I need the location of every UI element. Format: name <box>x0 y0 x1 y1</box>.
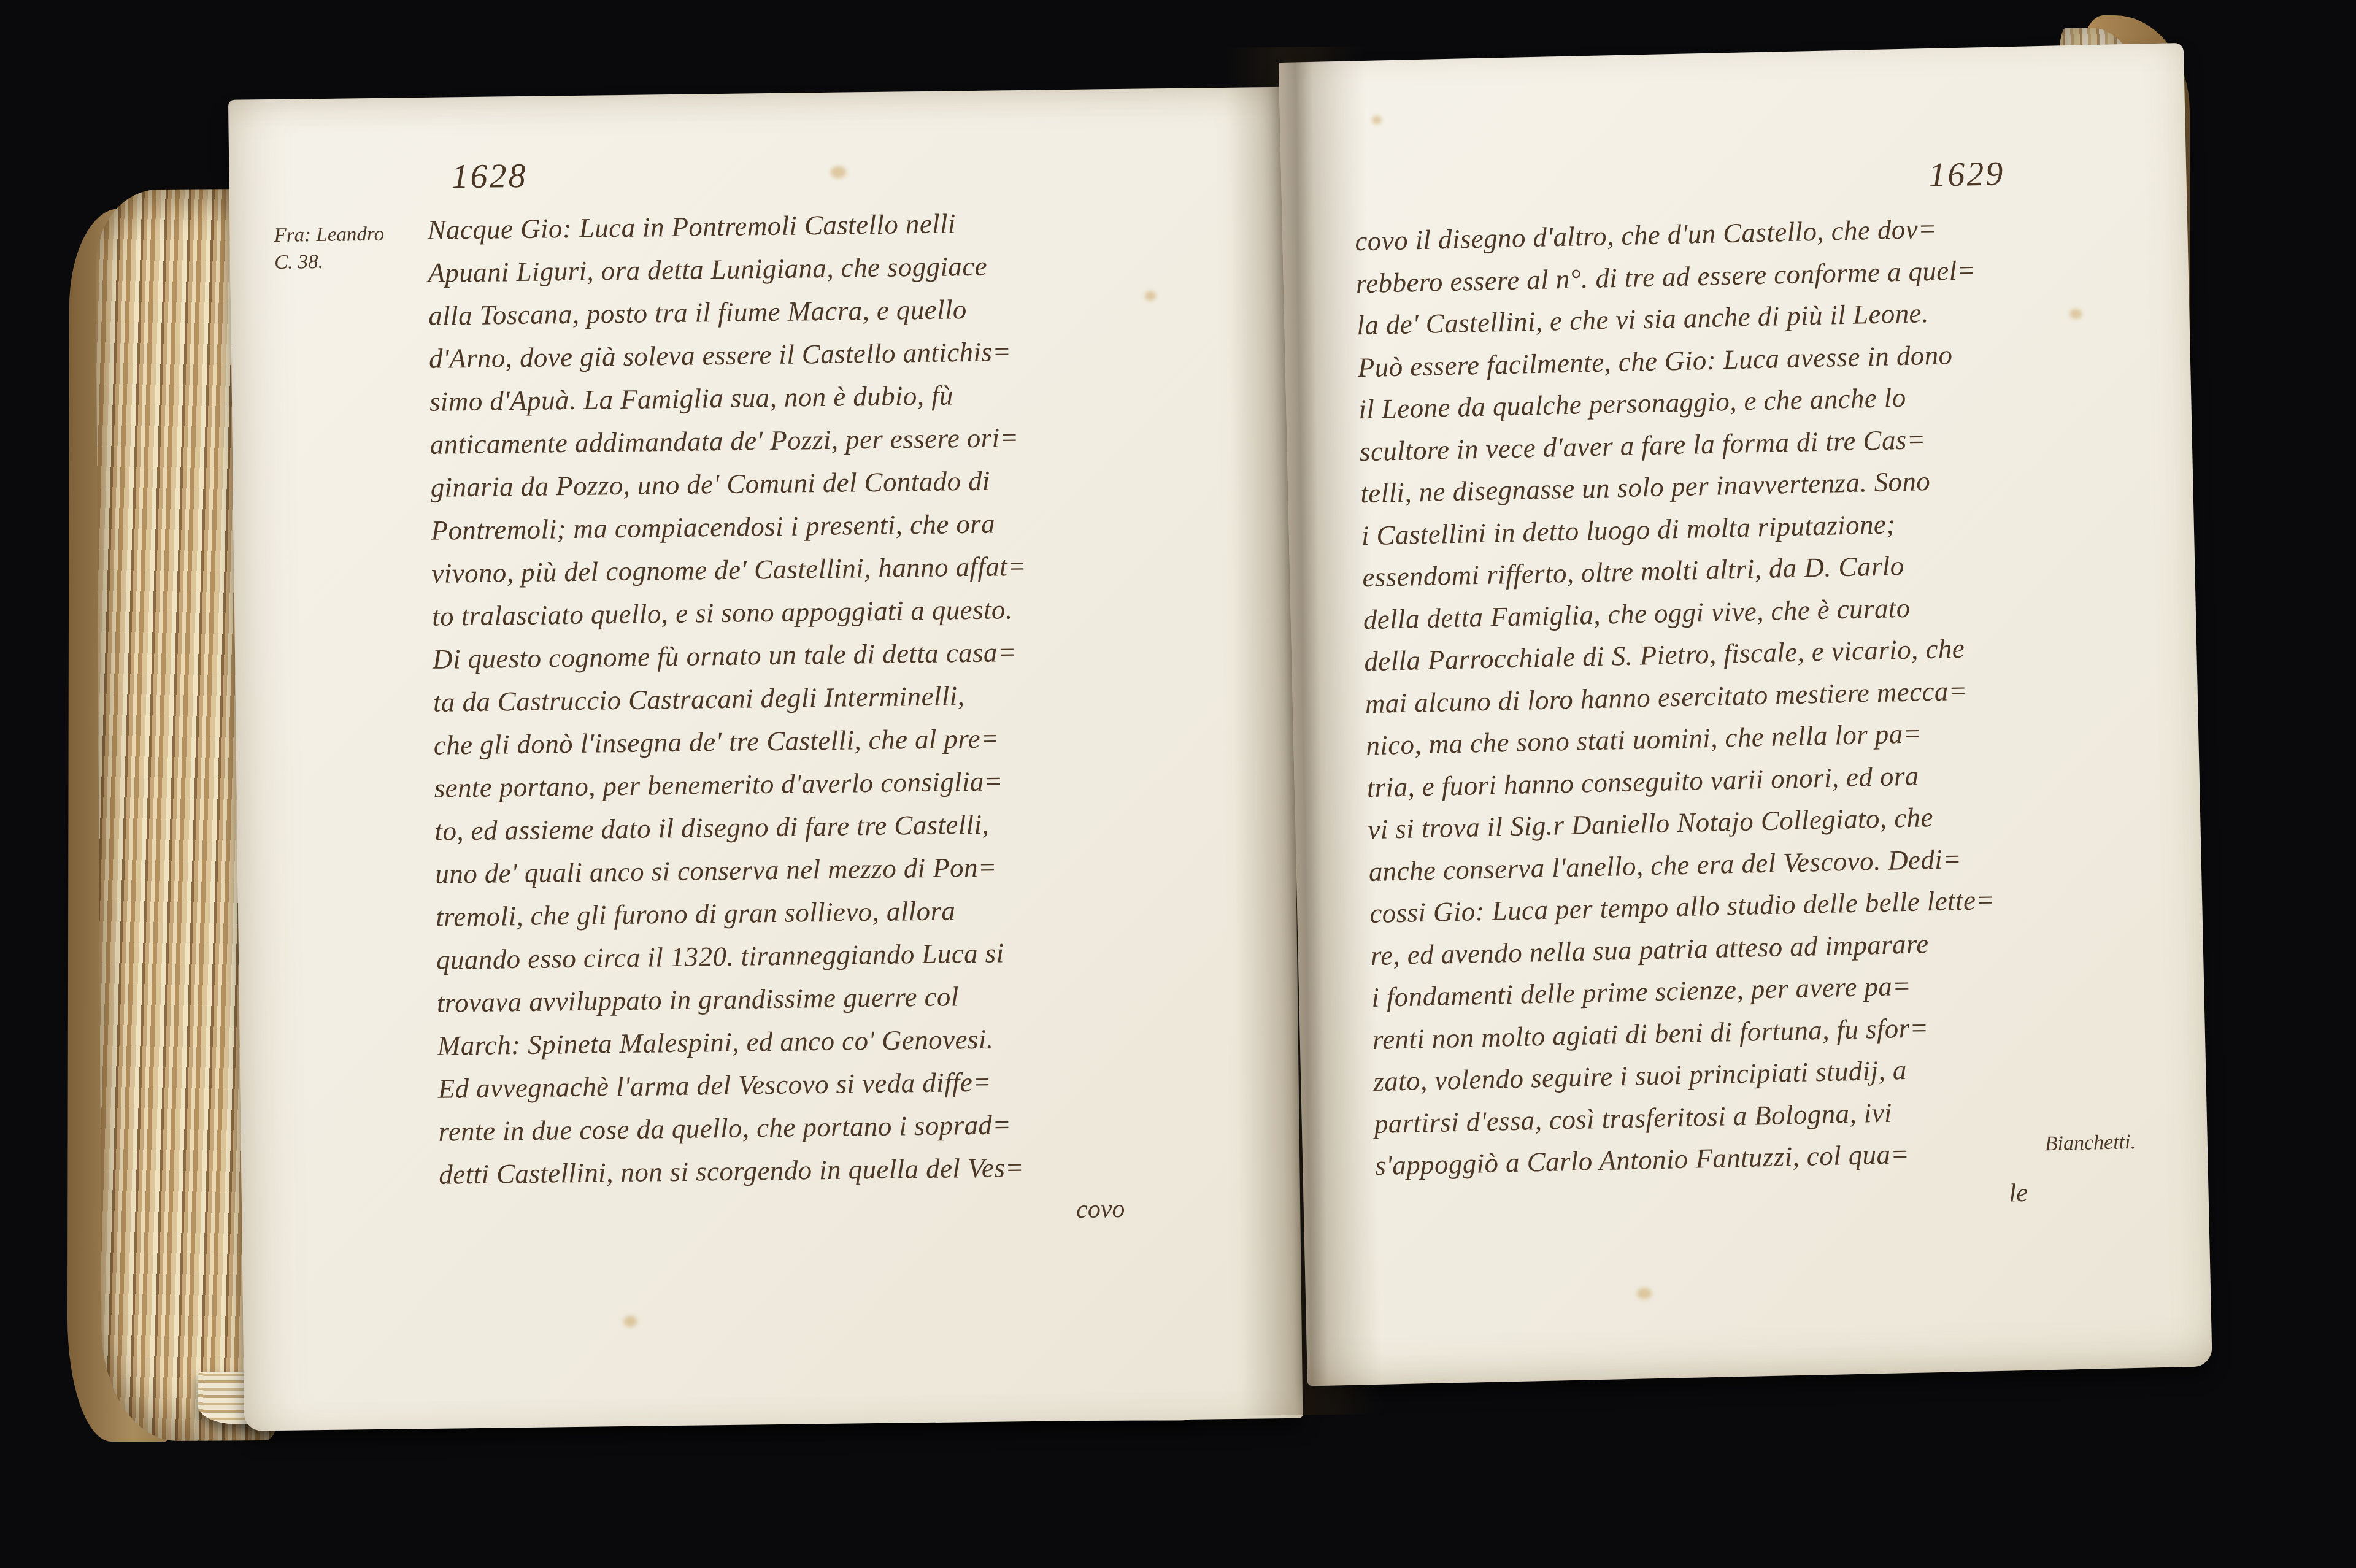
manuscript-line: detti Castellini, non si scorgendo in qu… <box>439 1149 1237 1202</box>
margin-note-line: C. 38. <box>274 248 385 276</box>
foxing-spot <box>830 166 846 178</box>
foxing-spot <box>623 1316 637 1327</box>
margin-note-line: Fra: Leandro <box>274 221 384 249</box>
left-page-number: 1628 <box>451 156 528 197</box>
left-margin-note: Fra: Leandro C. 38. <box>274 221 384 276</box>
right-page-number: 1629 <box>1928 154 2005 195</box>
right-text-block: covo il disegno d'altro, che d'un Castel… <box>1355 208 2161 1191</box>
foxing-spot <box>1637 1288 1652 1299</box>
left-page: 1628 Fra: Leandro C. 38. Nacque Gio: Luc… <box>228 87 1303 1431</box>
manuscript-photo: { "photo": { "background_color": "#0a0a0… <box>0 0 2356 1568</box>
open-book: 1628 Fra: Leandro C. 38. Nacque Gio: Luc… <box>77 42 2174 1454</box>
right-margin-note: Bianchetti. <box>2044 1129 2136 1158</box>
right-catchword: le <box>2009 1178 2028 1209</box>
left-text-block: Nacque Gio: Luca in Pontremoli Castello … <box>427 204 1237 1202</box>
right-page: 1629 covo il disegno d'altro, che d'un C… <box>1279 43 2212 1386</box>
left-catchword: covo <box>1076 1194 1125 1224</box>
foxing-spot <box>1372 115 1382 124</box>
